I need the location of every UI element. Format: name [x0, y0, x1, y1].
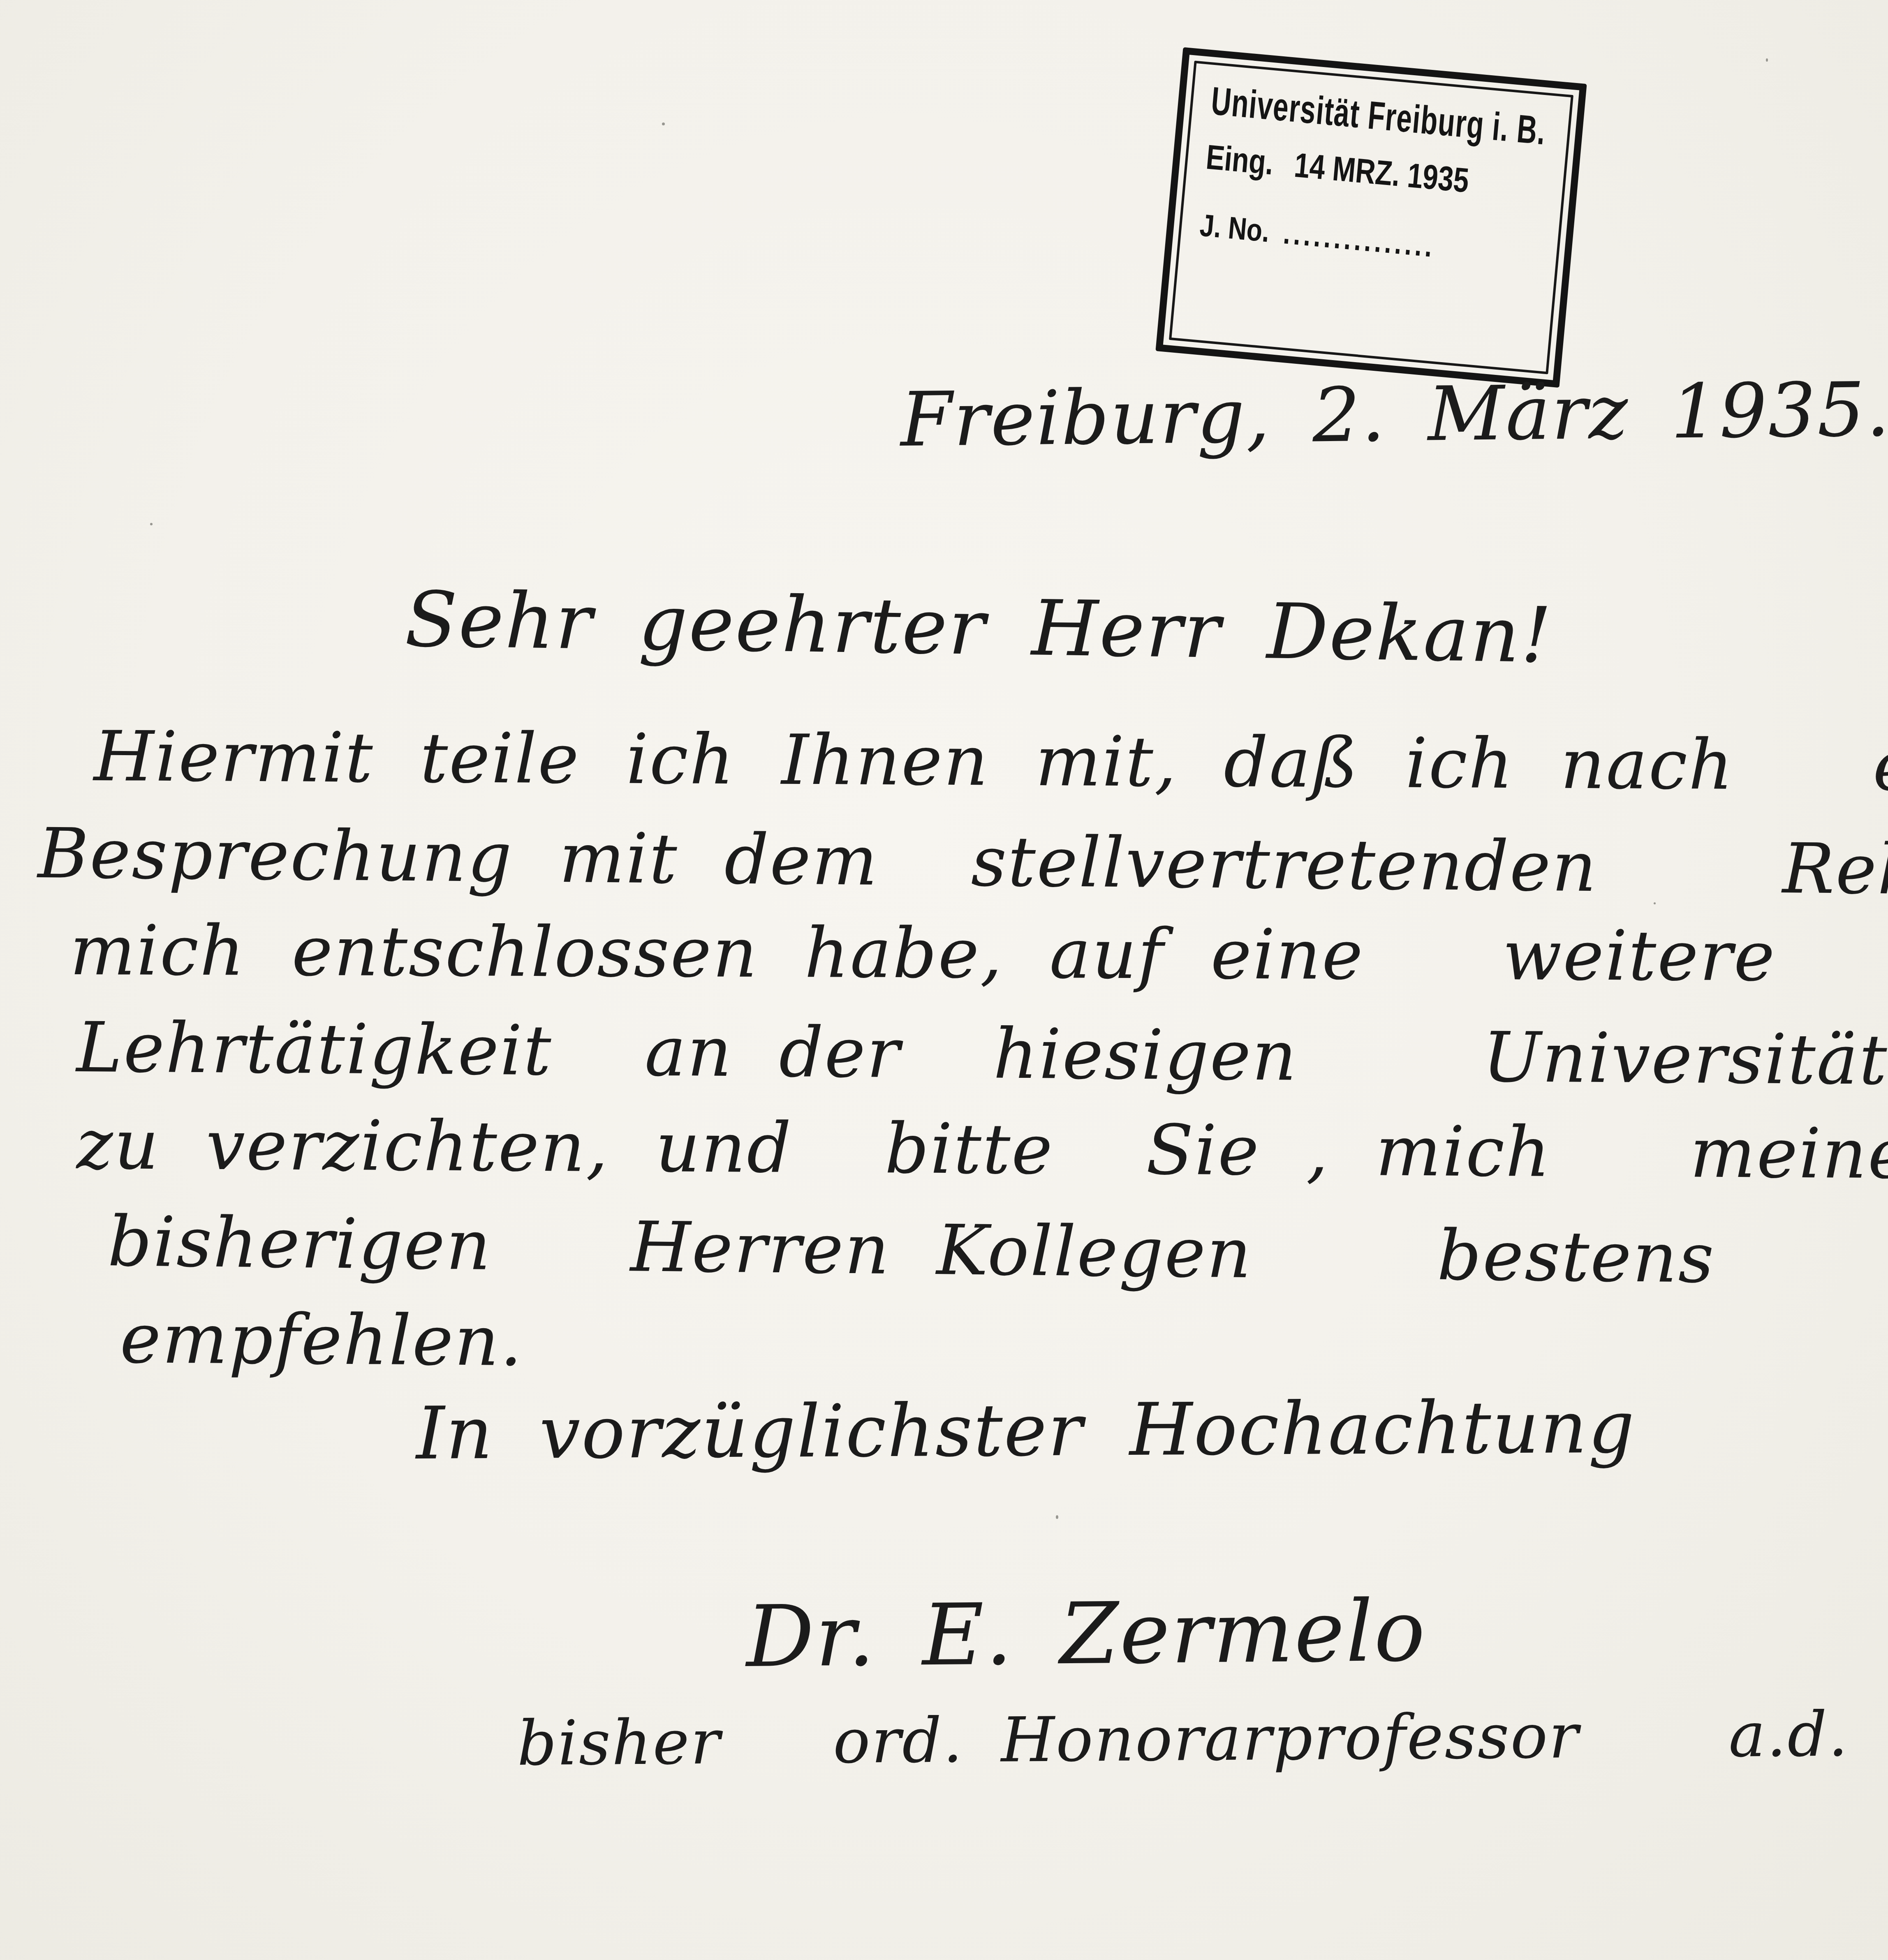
stamp-jno-label: J. No.: [1199, 208, 1271, 249]
closing-formula: In vorzüglichster Hochachtung: [416, 1385, 1636, 1476]
receipt-stamp-inner-border: Universität Freiburg i. B. Eing.14 MRZ. …: [1169, 60, 1573, 374]
stamp-university-line: Universität Freiburg i. B.: [1210, 81, 1460, 143]
receipt-stamp: Universität Freiburg i. B. Eing.14 MRZ. …: [1155, 47, 1587, 388]
body-line-2: Besprechung mit dem stellvertretenden Re…: [37, 813, 1888, 911]
letter-page: Universität Freiburg i. B. Eing.14 MRZ. …: [0, 0, 1888, 1960]
paper-speck: [662, 122, 665, 125]
body-line-5: zu verzichten, und bitte Sie , mich mein…: [76, 1104, 1888, 1195]
paper-speck: [150, 523, 153, 525]
date-line: Freiburg, 2. März 1935.: [900, 366, 1888, 463]
paper-speck: [1056, 1515, 1058, 1519]
stamp-date: 14 MRZ. 1935: [1293, 146, 1471, 200]
signature-title-line: bisher ord. Honorarprofessor a.d. Univer…: [517, 1696, 1888, 1780]
paper-speck: [1654, 902, 1656, 904]
stamp-received-line: Eing.14 MRZ. 1935: [1205, 139, 1490, 199]
body-line-6: bisherigen Herren Kollegen bestens zu: [107, 1201, 1888, 1301]
stamp-eing-label: Eing.: [1205, 137, 1275, 182]
salutation: Sehr geehrter Herr Dekan!: [404, 575, 1553, 680]
body-line-4: Lehrtätigkeit an der hiesigen Universitä…: [76, 1007, 1888, 1100]
body-line-1: Hiermit teile ich Ihnen mit, daß ich nac…: [93, 716, 1888, 807]
body-line-3: mich entschlossen habe, auf eine weitere: [70, 910, 1776, 996]
stamp-journal-number-line: J. No................: [1199, 210, 1490, 267]
paper-speck: [1766, 58, 1768, 62]
stamp-dotted-line: ...............: [1282, 215, 1437, 264]
signature: Dr. E. Zermelo: [746, 1582, 1427, 1686]
body-line-7: empfehlen.: [120, 1298, 523, 1382]
